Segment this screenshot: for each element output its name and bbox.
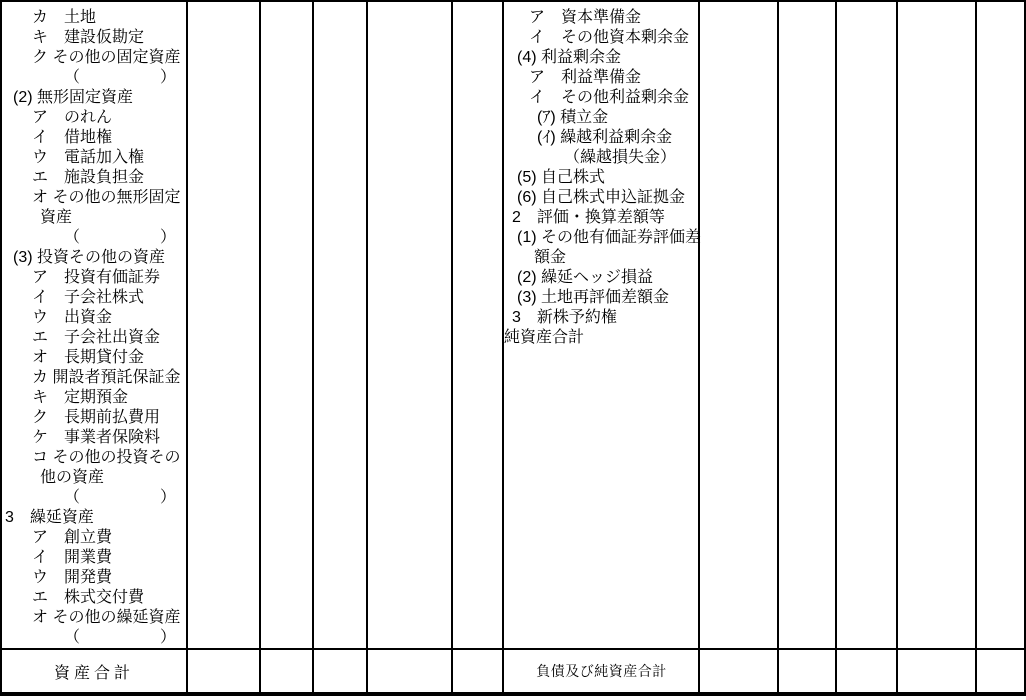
account-line: （繰越損失金） <box>504 148 700 168</box>
account-line: エ 子会社出資金 <box>0 328 186 348</box>
balance-sheet-form: カ 土地キ 建設仮勘定ク その他の固定資産（ ）(2) 無形固定資産ア のれんイ… <box>0 0 1026 700</box>
column-divider <box>451 0 453 694</box>
account-line: (3) 投資その他の資産 <box>0 248 186 268</box>
column-divider <box>312 0 314 694</box>
account-line: （ ） <box>0 628 186 648</box>
account-line: ウ 出資金 <box>0 308 186 328</box>
account-line: ク その他の固定資産 <box>0 48 186 68</box>
account-line: 資産 <box>0 208 186 228</box>
account-line: ク 長期前払費用 <box>0 408 186 428</box>
column-divider <box>259 0 261 694</box>
account-line: コ その他の投資その <box>0 448 186 468</box>
account-line: （ ） <box>0 228 186 248</box>
account-line: 額金 <box>504 248 700 268</box>
account-line: ウ 開発費 <box>0 568 186 588</box>
column-divider <box>186 0 188 694</box>
table-border-bottom <box>0 692 1026 696</box>
account-line: (6) 自己株式申込証拠金 <box>504 188 700 208</box>
account-line: オ その他の繰延資産 <box>0 608 186 628</box>
account-line: 3 新株予約権 <box>504 308 700 328</box>
column-divider <box>835 0 837 694</box>
account-line: ア のれん <box>0 108 186 128</box>
account-line: 3 繰延資産 <box>0 508 186 528</box>
column-divider <box>975 0 977 694</box>
account-line: (1) その他有価証券評価差 <box>504 228 700 248</box>
account-line: キ 定期預金 <box>0 388 186 408</box>
account-line: (2) 無形固定資産 <box>0 88 186 108</box>
account-line: (2) 繰延ヘッジ損益 <box>504 268 700 288</box>
account-line: キ 建設仮勘定 <box>0 28 186 48</box>
account-line: (ｲ) 繰越利益剰余金 <box>504 128 700 148</box>
account-line: カ 開設者預託保証金 <box>0 368 186 388</box>
column-divider <box>896 0 898 694</box>
column-divider <box>366 0 368 694</box>
account-line: イ その他資本剰余金 <box>504 28 700 48</box>
liabilities-and-net-assets-total-label: 負債及び純資産合計 <box>504 650 699 692</box>
account-line: 他の資産 <box>0 468 186 488</box>
account-line: （ ） <box>0 488 186 508</box>
account-line: オ その他の無形固定 <box>0 188 186 208</box>
account-line: ウ 電話加入権 <box>0 148 186 168</box>
account-line: エ 施設負担金 <box>0 168 186 188</box>
account-line: ケ 事業者保険料 <box>0 428 186 448</box>
account-line: ア 創立費 <box>0 528 186 548</box>
account-line: (ｱ) 積立金 <box>504 108 700 128</box>
account-line: ア 資本準備金 <box>504 8 700 28</box>
assets-account-list: カ 土地キ 建設仮勘定ク その他の固定資産（ ）(2) 無形固定資産ア のれんイ… <box>0 8 186 648</box>
account-line: (4) 利益剰余金 <box>504 48 700 68</box>
account-line: イ その他利益剰余金 <box>504 88 700 108</box>
net-assets-account-list: ア 資本準備金イ その他資本剰余金(4) 利益剰余金ア 利益準備金イ その他利益… <box>504 8 700 348</box>
account-line: 純資産合計 <box>504 328 700 348</box>
account-line: イ 借地権 <box>0 128 186 148</box>
account-line: ア 利益準備金 <box>504 68 700 88</box>
column-divider <box>777 0 779 694</box>
account-line: エ 株式交付費 <box>0 588 186 608</box>
account-line: （ ） <box>0 68 186 88</box>
account-line: イ 開業費 <box>0 548 186 568</box>
account-line: オ 長期貸付金 <box>0 348 186 368</box>
table-border-top <box>0 0 1026 2</box>
account-line: (5) 自己株式 <box>504 168 700 188</box>
account-line: カ 土地 <box>0 8 186 28</box>
account-line: イ 子会社株式 <box>0 288 186 308</box>
account-line: 2 評価・換算差額等 <box>504 208 700 228</box>
account-line: ア 投資有価証券 <box>0 268 186 288</box>
account-line: (3) 土地再評価差額金 <box>504 288 700 308</box>
assets-total-label: 資産合計 <box>2 650 186 692</box>
